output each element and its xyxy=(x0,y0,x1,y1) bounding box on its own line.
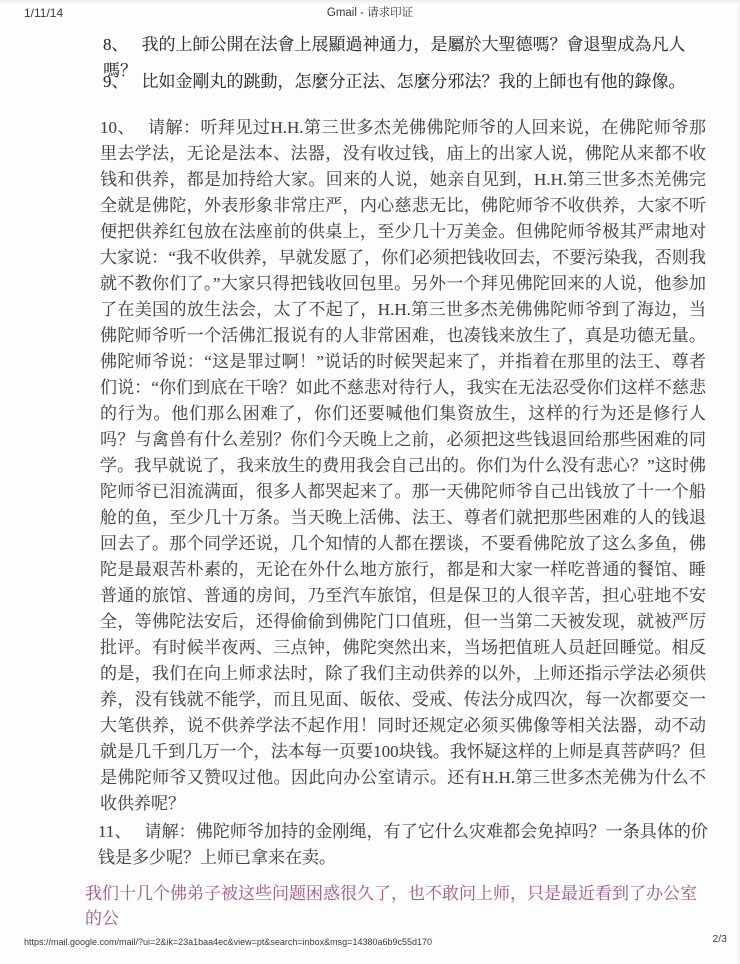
page-number: 2/3 xyxy=(712,933,727,945)
question-11-number: 11、 xyxy=(98,822,132,841)
question-10: 10、请解：听拜见过H.H.第三世多杰羌佛佛陀师爷的人回来说，在佛陀师爷那里去学… xyxy=(100,115,706,817)
question-11-text: 请解：佛陀师爷加持的金刚绳，有了它什么灾难都会免掉吗？一条具体的价钱是多少呢？上… xyxy=(98,822,708,867)
question-10-text: 请解：听拜见过H.H.第三世多杰羌佛佛陀师爷的人回来说，在佛陀师爷那里去学法，无… xyxy=(100,118,706,813)
question-10-number: 10、 xyxy=(100,118,135,137)
question-8-number: 8、 xyxy=(103,35,129,54)
closing-line: 我们十几个佛弟子被这些问题困惑很久了，也不敢问上师，只是最近看到了办公室的公 xyxy=(85,881,707,931)
printed-email-page: 1/11/14 Gmail - 请求印证 8、我的上師公開在法會上展顯過神通力，… xyxy=(0,0,740,964)
question-9: 9、比如金剛丸的跳動，怎麼分正法、怎麼分邪法？我的上師也有他的錄像。 xyxy=(103,69,709,95)
question-11: 11、请解：佛陀师爷加持的金刚绳，有了它什么灾难都会免掉吗？一条具体的价钱是多少… xyxy=(98,819,708,871)
footer-url: https://mail.google.com/mail/?ui=2&ik=23… xyxy=(24,937,432,947)
question-9-number: 9、 xyxy=(103,72,129,91)
print-title: Gmail - 请求印证 xyxy=(0,4,740,20)
question-9-text: 比如金剛丸的跳動，怎麼分正法、怎麼分邪法？我的上師也有他的錄像。 xyxy=(142,72,686,91)
